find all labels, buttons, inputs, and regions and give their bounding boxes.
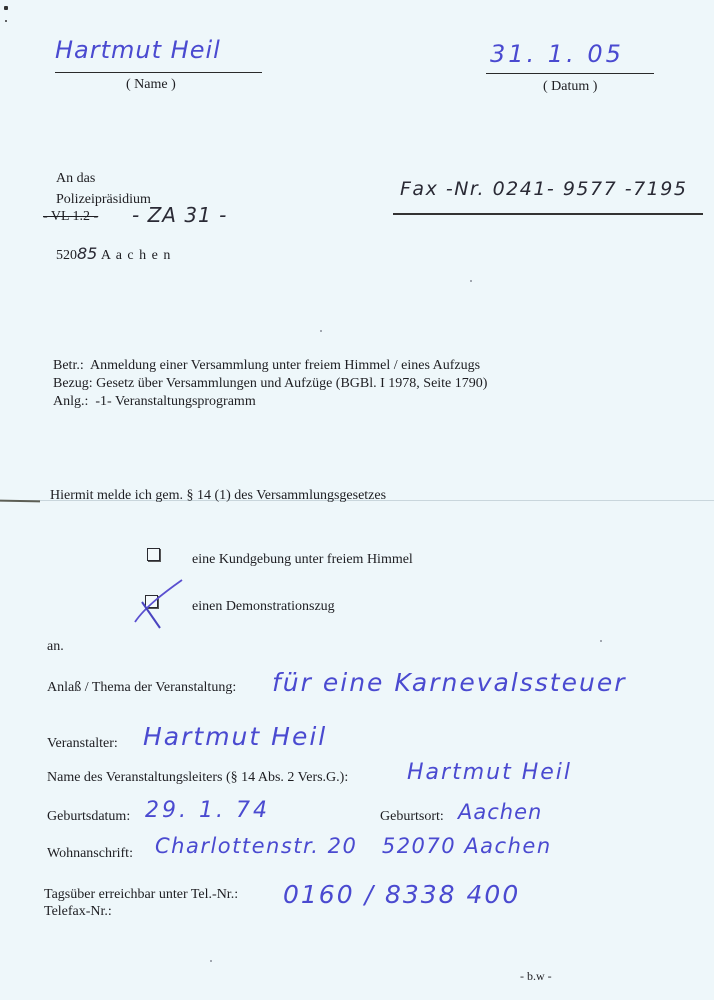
subject-anlg: Anlg.: -1- Veranstaltungsprogramm xyxy=(53,393,256,410)
postcode-handwritten: 85 xyxy=(77,244,97,263)
veranstalter-value: Hartmut Heil xyxy=(143,722,327,751)
checkbox-kundgebung[interactable] xyxy=(147,548,160,561)
fax-number-note: Fax -Nr. 0241- 9577 -7195 xyxy=(400,178,687,200)
leiter-value: Hartmut Heil xyxy=(407,760,572,785)
leiter-label: Name des Veranstaltungsleiters (§ 14 Abs… xyxy=(47,769,348,786)
recipient-line1: An das xyxy=(56,170,95,187)
recipient-dept-handwritten: - ZA 31 - xyxy=(132,203,227,227)
scan-mark xyxy=(0,500,40,503)
fax-underline xyxy=(393,213,703,215)
geburtsdatum-value: 29. 1. 74 xyxy=(145,798,270,823)
recipient-dept-struck: - VL 1.2 - xyxy=(43,208,98,225)
anlg-text: -1- Veranstaltungsprogramm xyxy=(95,394,255,409)
anlass-value: für eine Karnevalssteuer xyxy=(272,668,627,697)
date-caption: ( Datum ) xyxy=(543,78,597,95)
wohnanschrift-value: Charlottenstr. 20 52070 Aachen xyxy=(155,834,552,858)
tel-label: Tagsüber erreichbar unter Tel.-Nr.: xyxy=(44,886,238,903)
date-value: 31. 1. 05 xyxy=(490,40,624,68)
tel-value: 0160 / 8338 400 xyxy=(283,880,520,909)
subject-betr: Betr.: Anmeldung einer Versammlung unter… xyxy=(53,357,480,374)
turn-over-note: - b.w - xyxy=(520,968,552,985)
recipient-postcode-city: 52085 A a c h e n xyxy=(56,245,171,264)
city: A a c h e n xyxy=(101,248,171,263)
geburtsort-value: Aachen xyxy=(458,800,542,824)
anlg-label: Anlg.: xyxy=(53,394,88,409)
fax-label: Telefax-Nr.: xyxy=(44,903,112,920)
option-demonstrationszug-label: einen Demonstrationszug xyxy=(192,598,335,615)
name-caption: ( Name ) xyxy=(126,76,176,93)
date-rule xyxy=(486,73,654,74)
wohnanschrift-label: Wohnanschrift: xyxy=(47,845,133,862)
betr-label: Betr.: xyxy=(53,358,84,373)
scan-speck xyxy=(320,330,322,332)
an-text: an. xyxy=(47,638,64,655)
name-value: Hartmut Heil xyxy=(55,36,221,64)
geburtsdatum-label: Geburtsdatum: xyxy=(47,808,130,825)
veranstalter-label: Veranstalter: xyxy=(47,735,118,752)
scan-speck xyxy=(4,6,8,10)
scan-speck xyxy=(600,640,602,642)
scan-speck xyxy=(470,280,472,282)
scan-speck xyxy=(210,960,212,962)
name-rule xyxy=(55,72,262,73)
intro-text: Hiermit melde ich gem. § 14 (1) des Vers… xyxy=(50,487,386,504)
subject-bezug: Bezug: Gesetz über Versammlungen und Auf… xyxy=(53,375,487,392)
bezug-label: Bezug: xyxy=(53,376,93,391)
handwritten-check-mark-icon xyxy=(130,572,190,632)
anlass-label: Anlaß / Thema der Veranstaltung: xyxy=(47,679,236,696)
option-kundgebung-label: eine Kundgebung unter freiem Himmel xyxy=(192,551,413,568)
betr-text: Anmeldung einer Versammlung unter freiem… xyxy=(90,358,480,373)
bezug-text: Gesetz über Versammlungen und Aufzüge (B… xyxy=(96,376,487,391)
postcode-prefix: 520 xyxy=(56,248,77,263)
scan-speck xyxy=(5,20,7,22)
geburtsort-label: Geburtsort: xyxy=(380,808,444,825)
